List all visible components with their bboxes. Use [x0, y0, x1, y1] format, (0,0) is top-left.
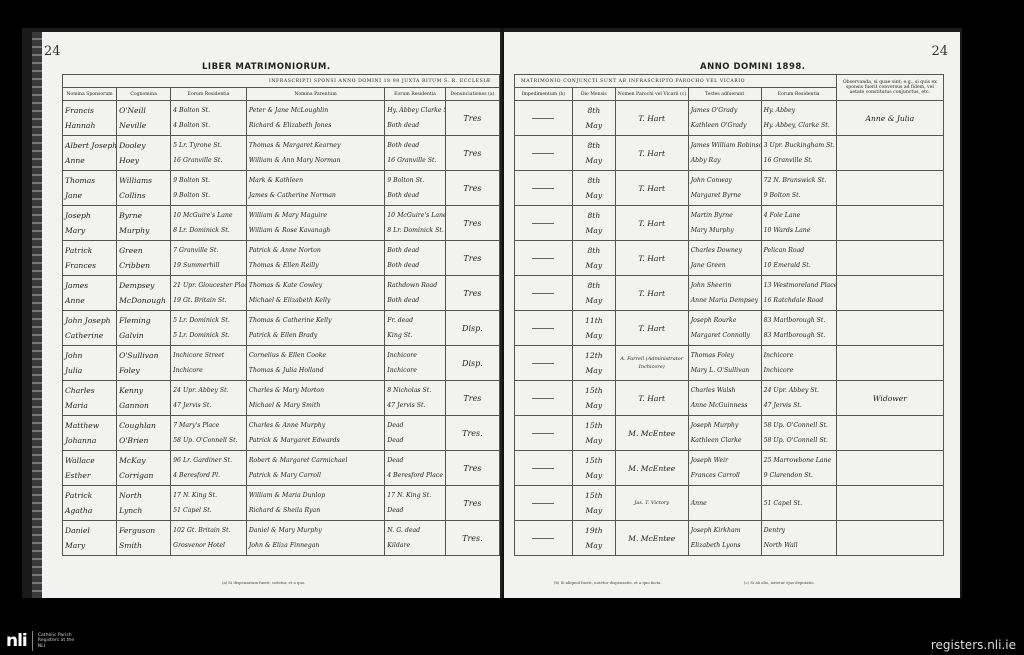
- handwritten-line: 15th: [575, 488, 613, 503]
- parents-residence-cell: Hy. Abbey Clarke St.Both dead: [385, 101, 446, 136]
- handwritten-line: Both dead: [387, 188, 443, 203]
- marriage-solemnization-table: MATRIMONIO CONJUNCTI SUNT AB INFRASCRIPT…: [514, 74, 944, 556]
- handwritten-line: Robert & Margaret Carmichael: [249, 453, 382, 468]
- handwritten-line: James O'Grady: [691, 103, 759, 118]
- witness-residence-cell: Hy. AbbeyHy. Abbey, Clarke St.: [761, 101, 836, 136]
- parents-residence-cell: Dead4 Beresford Place: [385, 451, 446, 486]
- residence-cell: 24 Upr. Abbey St.47 Jervis St.: [171, 381, 247, 416]
- handwritten-line: Inchicore: [764, 348, 834, 363]
- priest-cell: T. Hart: [615, 171, 688, 206]
- handwritten-line: Dentry: [764, 523, 834, 538]
- handwritten-line: 12th: [575, 348, 613, 363]
- handwritten-line: Hannah: [65, 118, 114, 133]
- handwritten-line: Anne: [65, 153, 114, 168]
- observations-cell: [836, 276, 943, 311]
- handwritten-line: Joseph Murphy: [691, 418, 759, 433]
- handwritten-line: Charles Walsh: [691, 383, 759, 398]
- witnesses-cell: Joseph RourkeMargaret Connolly: [688, 311, 761, 346]
- handwritten-line: William & Rose Kavanagh: [249, 223, 382, 238]
- handwritten-line: Peter & Jane McLoughlin: [249, 103, 382, 118]
- handwritten-line: 9 Bolton St.: [387, 173, 443, 188]
- handwritten-line: North Wall: [764, 538, 834, 553]
- handwritten-line: 5 Lr. Dominick St.: [173, 313, 244, 328]
- handwritten-line: Thomas: [65, 173, 114, 188]
- witnesses-cell: Martin ByrneMary Murphy: [688, 206, 761, 241]
- names-cell: FrancisHannah: [63, 101, 117, 136]
- handwritten-line: John Conway: [691, 173, 759, 188]
- names-cell: John JosephCatherine: [63, 311, 117, 346]
- handwritten-line: Anne Maria Dempsey: [691, 293, 759, 308]
- observations-header: Observanda, si quae sint; e.g., si quis …: [836, 75, 943, 101]
- observations-cell: [836, 206, 943, 241]
- handwritten-line: 47 Jervis St.: [764, 398, 834, 413]
- priest-cell: M. McEntee: [615, 521, 688, 556]
- dash-mark: [532, 503, 554, 504]
- handwritten-line: 25 Marrowbone Lane: [764, 453, 834, 468]
- handwritten-line: Patrick: [65, 488, 114, 503]
- handwritten-line: Collins: [119, 188, 168, 203]
- table-row: JosephMaryByrneMurphy10 McGuire's Lane8 …: [63, 206, 500, 241]
- parents-residence-cell: DeadDead: [385, 416, 446, 451]
- witness-residence-cell: 13 Westmoreland Place16 Ratchdale Road: [761, 276, 836, 311]
- handwritten-line: 10 McGuire's Lane: [173, 208, 244, 223]
- priest-name: T. Hart: [618, 286, 686, 301]
- handwritten-line: 13 Westmoreland Place: [764, 278, 834, 293]
- table-row: FrancisHannahO'NeillNeville4 Bolton St.4…: [63, 101, 500, 136]
- page-number: 24: [44, 44, 61, 59]
- impediment-cell: [515, 346, 573, 381]
- handwritten-line: 102 Gt. Britain St.: [173, 523, 244, 538]
- handwritten-line: 58 Up. O'Connell St.: [764, 433, 834, 448]
- handwritten-line: 5 Lr. Dominick St.: [173, 328, 244, 343]
- handwritten-line: Inchicore: [764, 363, 834, 378]
- names-cell: CharlesMaria: [63, 381, 117, 416]
- parents-cell: Patrick & Anne NortonThomas & Ellen Reil…: [246, 241, 384, 276]
- denunciations-cell: Tres.: [445, 521, 499, 556]
- column-header: Nomina Sponsorum: [63, 88, 117, 101]
- impediment-cell: [515, 311, 573, 346]
- handwritten-line: McDonough: [119, 293, 168, 308]
- table-row: 11thMayT. HartJoseph RourkeMargaret Conn…: [515, 311, 944, 346]
- dash-mark: [532, 538, 554, 539]
- handwritten-line: 58 Up. O'Connell St.: [173, 433, 244, 448]
- observations-cell: [836, 451, 943, 486]
- handwritten-line: 51 Capel St.: [173, 503, 244, 518]
- date-cell: 8thMay: [572, 136, 615, 171]
- witness-residence-cell: 58 Up. O'Connell St.58 Up. O'Connell St.: [761, 416, 836, 451]
- denunciations-cell: Tres.: [445, 416, 499, 451]
- handwritten-line: Michael & Mary Smith: [249, 398, 382, 413]
- witnesses-cell: John ConwayMargaret Byrne: [688, 171, 761, 206]
- handwritten-line: 10 Wards Lane: [764, 223, 834, 238]
- handwritten-line: Corrigan: [119, 468, 168, 483]
- handwritten-line: Mary Murphy: [691, 223, 759, 238]
- handwritten-line: N. G. dead: [387, 523, 443, 538]
- handwritten-line: 4 Bolton St.: [173, 103, 244, 118]
- dash-mark: [532, 468, 554, 469]
- handwritten-line: Galvin: [119, 328, 168, 343]
- denunciations-cell: Tres: [445, 276, 499, 311]
- handwritten-line: McKay: [119, 453, 168, 468]
- handwritten-line: O'Neill: [119, 103, 168, 118]
- handwritten-line: King St.: [387, 328, 443, 343]
- handwritten-line: Inchicore: [387, 348, 443, 363]
- table-row: 8thMayT. HartMartin ByrneMary Murphy4 Fo…: [515, 206, 944, 241]
- handwritten-line: Green: [119, 243, 168, 258]
- column-header: Cognomina: [117, 88, 171, 101]
- handwritten-line: 8th: [575, 278, 613, 293]
- impediment-cell: [515, 276, 573, 311]
- parents-cell: Thomas & Catherine KellyPatrick & Ellen …: [246, 311, 384, 346]
- parents-cell: Robert & Margaret CarmichaelPatrick & Ma…: [246, 451, 384, 486]
- impediment-cell: [515, 241, 573, 276]
- right-page: 24 ANNO DOMINI 1898. MATRIMONIO CONJUNCT…: [504, 32, 960, 598]
- denunciations-cell: Tres: [445, 136, 499, 171]
- handwritten-line: Frances Carroll: [691, 468, 759, 483]
- handwritten-line: Wallace: [65, 453, 114, 468]
- residence-cell: Inchicore StreetInchicore: [171, 346, 247, 381]
- table-row: 8thMayT. HartJames William RobinsonAbby …: [515, 136, 944, 171]
- handwritten-line: May: [575, 503, 613, 518]
- residence-cell: 96 Lr. Gardiner St.4 Beresford Pl.: [171, 451, 247, 486]
- table-row: Albert JosephAnneDooleyHoey5 Lr. Tyrone …: [63, 136, 500, 171]
- witnesses-cell: John SheerinAnne Maria Dempsey: [688, 276, 761, 311]
- date-cell: 19thMay: [572, 521, 615, 556]
- witnesses-cell: Joseph WeirFrances Carroll: [688, 451, 761, 486]
- handwritten-line: Abby Ray: [691, 153, 759, 168]
- names-cell: Albert JosephAnne: [63, 136, 117, 171]
- surnames-cell: DooleyHoey: [117, 136, 171, 171]
- priest-cell: T. Hart: [615, 381, 688, 416]
- impediment-cell: [515, 486, 573, 521]
- dash-mark: [532, 398, 554, 399]
- handwritten-line: William & Mary Maguire: [249, 208, 382, 223]
- handwritten-line: 10 McGuire's Lane: [387, 208, 443, 223]
- handwritten-line: May: [575, 188, 613, 203]
- handwritten-line: Joseph Rourke: [691, 313, 759, 328]
- date-cell: 15thMay: [572, 486, 615, 521]
- handwritten-line: Francis: [65, 103, 114, 118]
- observation-text: Widower: [839, 391, 941, 406]
- handwritten-line: Joseph: [65, 208, 114, 223]
- names-cell: ThomasJane: [63, 171, 117, 206]
- table-row: 15thMayM. McEnteeJoseph WeirFrances Carr…: [515, 451, 944, 486]
- handwritten-line: Jane Green: [691, 258, 759, 273]
- handwritten-line: Richard & Elizabeth Jones: [249, 118, 382, 133]
- handwritten-line: Dead: [387, 453, 443, 468]
- parents-cell: William & Mary MaguireWilliam & Rose Kav…: [246, 206, 384, 241]
- handwritten-line: John: [65, 348, 114, 363]
- handwritten-line: Both dead: [387, 258, 443, 273]
- handwritten-line: Michael & Elizabeth Kelly: [249, 293, 382, 308]
- priest-cell: T. Hart: [615, 311, 688, 346]
- observations-cell: [836, 416, 943, 451]
- handwritten-line: 9 Clarendon St.: [764, 468, 834, 483]
- handwritten-line: Albert Joseph: [65, 138, 114, 153]
- handwritten-line: 8th: [575, 103, 613, 118]
- denunciations-cell: Tres: [445, 451, 499, 486]
- dash-mark: [532, 363, 554, 364]
- surnames-cell: O'NeillNeville: [117, 101, 171, 136]
- left-page: 24 LIBER MATRIMONIORUM. INFRASCRIPTI SPO…: [32, 32, 502, 598]
- parents-cell: Peter & Jane McLoughlinRichard & Elizabe…: [246, 101, 384, 136]
- handwritten-line: Hy. Abbey: [764, 103, 834, 118]
- observations-cell: Widower: [836, 381, 943, 416]
- handwritten-line: 9 Bolton St.: [173, 173, 244, 188]
- handwritten-line: Thomas Foley: [691, 348, 759, 363]
- dash-mark: [532, 433, 554, 434]
- handwritten-line: Both dead: [387, 118, 443, 133]
- residence-cell: 7 Granville St.19 Summerhill: [171, 241, 247, 276]
- handwritten-line: Patrick & Anne Norton: [249, 243, 382, 258]
- residence-cell: 4 Bolton St.4 Bolton St.: [171, 101, 247, 136]
- handwritten-line: Fr. dead: [387, 313, 443, 328]
- observations-cell: [836, 311, 943, 346]
- table-row: PatrickFrancesGreenCribben7 Granville St…: [63, 241, 500, 276]
- handwritten-line: James & Catherine Norman: [249, 188, 382, 203]
- handwritten-line: 8th: [575, 243, 613, 258]
- parents-cell: Mark & KathleenJames & Catherine Norman: [246, 171, 384, 206]
- handwritten-line: Agatha: [65, 503, 114, 518]
- dash-mark: [532, 188, 554, 189]
- handwritten-line: Mary: [65, 538, 114, 553]
- handwritten-line: Kathleen Clarke: [691, 433, 759, 448]
- witnesses-cell: James William RobinsonAbby Ray: [688, 136, 761, 171]
- table-row: CharlesMariaKennyGannon24 Upr. Abbey St.…: [63, 381, 500, 416]
- handwritten-line: Johanna: [65, 433, 114, 448]
- priest-name: M. McEntee: [618, 461, 686, 476]
- column-header: Die Mensis: [572, 88, 615, 101]
- handwritten-line: 17 N. King St.: [173, 488, 244, 503]
- handwritten-line: Frances: [65, 258, 114, 273]
- parents-residence-cell: Rathdown RoadBoth dead: [385, 276, 446, 311]
- handwritten-line: 19th: [575, 523, 613, 538]
- footnote-b: (b) Si aliquod fuerit, notetur dispensat…: [554, 580, 662, 585]
- witness-residence-cell: 24 Upr. Abbey St.47 Jervis St.: [761, 381, 836, 416]
- table-row: John JosephCatherineFlemingGalvin5 Lr. D…: [63, 311, 500, 346]
- handwritten-line: Inchicore: [387, 363, 443, 378]
- site-link[interactable]: registers.nli.ie: [931, 638, 1016, 652]
- handwritten-line: Neville: [119, 118, 168, 133]
- dash-mark: [532, 153, 554, 154]
- residence-cell: 102 Gt. Britain St.Grosvenor Hotel: [171, 521, 247, 556]
- names-cell: PatrickAgatha: [63, 486, 117, 521]
- handwritten-line: Williams: [119, 173, 168, 188]
- handwritten-line: Kildare: [387, 538, 443, 553]
- handwritten-line: 16 Granville St.: [173, 153, 244, 168]
- names-cell: MatthewJohanna: [63, 416, 117, 451]
- priest-name: T. Hart: [618, 321, 686, 336]
- priest-name: M. McEntee: [618, 426, 686, 441]
- handwritten-line: May: [575, 293, 613, 308]
- observations-cell: [836, 136, 943, 171]
- table-row: 8thMayT. HartCharles DowneyJane GreenPel…: [515, 241, 944, 276]
- surnames-cell: NorthLynch: [117, 486, 171, 521]
- nli-logo[interactable]: nli Catholic Parish Registers at the NLI: [6, 631, 82, 651]
- priest-cell: Jas. T. Victory: [615, 486, 688, 521]
- residence-cell: 7 Mary's Place58 Up. O'Connell St.: [171, 416, 247, 451]
- handwritten-line: 72 N. Brunswick St.: [764, 173, 834, 188]
- handwritten-line: John & Eliza Finnegan: [249, 538, 382, 553]
- surnames-cell: McKayCorrigan: [117, 451, 171, 486]
- priest-cell: T. Hart: [615, 276, 688, 311]
- witnesses-cell: James O'GradyKathleen O'Grady: [688, 101, 761, 136]
- impediment-cell: [515, 136, 573, 171]
- handwritten-line: William & Maria Dunlop: [249, 488, 382, 503]
- handwritten-line: 16 Granville St.: [764, 153, 834, 168]
- page-number: 24: [931, 44, 948, 59]
- parents-cell: Daniel & Mary MurphyJohn & Eliza Finnega…: [246, 521, 384, 556]
- names-cell: JohnJulia: [63, 346, 117, 381]
- handwritten-line: May: [575, 118, 613, 133]
- parents-residence-cell: Fr. deadKing St.: [385, 311, 446, 346]
- handwritten-line: 83 Marlborough St.: [764, 313, 834, 328]
- table-banner: MATRIMONIO CONJUNCTI SUNT AB INFRASCRIPT…: [515, 75, 837, 88]
- table-row: 15thMayM. McEnteeJoseph MurphyKathleen C…: [515, 416, 944, 451]
- handwritten-line: 19 Summerhill: [173, 258, 244, 273]
- parents-residence-cell: Both dead16 Granville St.: [385, 136, 446, 171]
- handwritten-line: May: [575, 363, 613, 378]
- handwritten-line: Patrick: [65, 243, 114, 258]
- marriage-register-table: INFRASCRIPTI SPONSI ANNO DOMINI 18 98 JU…: [62, 74, 500, 556]
- handwritten-line: 5 Lr. Tyrone St.: [173, 138, 244, 153]
- handwritten-line: Matthew: [65, 418, 114, 433]
- handwritten-line: Julia: [65, 363, 114, 378]
- parents-cell: Thomas & Margaret KearneyWilliam & Ann M…: [246, 136, 384, 171]
- priest-cell: T. Hart: [615, 101, 688, 136]
- handwritten-line: Dooley: [119, 138, 168, 153]
- priest-cell: T. Hart: [615, 241, 688, 276]
- handwritten-line: Patrick & Mary Carroll: [249, 468, 382, 483]
- handwritten-line: 4 Bolton St.: [173, 118, 244, 133]
- handwritten-line: Mary: [65, 223, 114, 238]
- handwritten-line: Anne McGuinness: [691, 398, 759, 413]
- handwritten-line: 10 Emerald St.: [764, 258, 834, 273]
- handwritten-line: Pelican Road: [764, 243, 834, 258]
- priest-cell: M. McEntee: [615, 451, 688, 486]
- handwritten-line: Hoey: [119, 153, 168, 168]
- parents-residence-cell: 10 McGuire's Lane8 Lr. Dominick St.: [385, 206, 446, 241]
- handwritten-line: May: [575, 258, 613, 273]
- column-header: Nomen Parochi vel Vicarii (c): [615, 88, 688, 101]
- handwritten-line: Thomas & Margaret Kearney: [249, 138, 382, 153]
- observations-cell: [836, 521, 943, 556]
- witness-residence-cell: 51 Capel St.: [761, 486, 836, 521]
- surnames-cell: FergusonSmith: [117, 521, 171, 556]
- handwritten-line: Lynch: [119, 503, 168, 518]
- date-cell: 8thMay: [572, 276, 615, 311]
- table-row: 8thMayT. HartJohn SheerinAnne Maria Demp…: [515, 276, 944, 311]
- binding-edge: [32, 32, 42, 598]
- witness-residence-cell: 83 Marlborough St.83 Marlborough St.: [761, 311, 836, 346]
- handwritten-line: 51 Capel St.: [764, 496, 834, 511]
- handwritten-line: James: [65, 278, 114, 293]
- handwritten-line: 96 Lr. Gardiner St.: [173, 453, 244, 468]
- names-cell: DanielMary: [63, 521, 117, 556]
- priest-name: T. Hart: [618, 216, 686, 231]
- handwritten-line: 9 Bolton St.: [764, 188, 834, 203]
- handwritten-line: May: [575, 223, 613, 238]
- names-cell: WallaceEsther: [63, 451, 117, 486]
- table-row: MatthewJohannaCoughlanO'Brien7 Mary's Pl…: [63, 416, 500, 451]
- handwritten-line: Coughlan: [119, 418, 168, 433]
- priest-cell: M. McEntee: [615, 416, 688, 451]
- priest-cell: T. Hart: [615, 136, 688, 171]
- handwritten-line: 4 Fole Lane: [764, 208, 834, 223]
- witnesses-cell: Anne: [688, 486, 761, 521]
- date-cell: 8thMay: [572, 101, 615, 136]
- handwritten-line: Jane: [65, 188, 114, 203]
- parents-residence-cell: 8 Nicholas St.47 Jervis St.: [385, 381, 446, 416]
- witness-residence-cell: InchicoreInchicore: [761, 346, 836, 381]
- table-row: JamesAnneDempseyMcDonough21 Upr. Glouces…: [63, 276, 500, 311]
- witnesses-cell: Joseph MurphyKathleen Clarke: [688, 416, 761, 451]
- table-banner: INFRASCRIPTI SPONSI ANNO DOMINI 18 98 JU…: [63, 75, 500, 88]
- column-header: Eorum Residentia: [761, 88, 836, 101]
- page-title: LIBER MATRIMONIORUM.: [202, 62, 331, 72]
- handwritten-line: Thomas & Julia Holland: [249, 363, 382, 378]
- handwritten-line: May: [575, 153, 613, 168]
- handwritten-line: Patrick & Margaret Edwards: [249, 433, 382, 448]
- column-header: Impedimentum (b): [515, 88, 573, 101]
- handwritten-line: Maria: [65, 398, 114, 413]
- handwritten-line: 15th: [575, 453, 613, 468]
- witnesses-cell: Charles WalshAnne McGuinness: [688, 381, 761, 416]
- handwritten-line: Thomas & Kate Cowley: [249, 278, 382, 293]
- handwritten-line: 8th: [575, 138, 613, 153]
- handwritten-line: Thomas & Catherine Kelly: [249, 313, 382, 328]
- column-header: Denunciationes (a): [445, 88, 499, 101]
- priest-name: Jas. T. Victory: [618, 499, 686, 507]
- handwritten-line: 15th: [575, 418, 613, 433]
- parents-residence-cell: N. G. deadKildare: [385, 521, 446, 556]
- witness-residence-cell: 72 N. Brunswick St.9 Bolton St.: [761, 171, 836, 206]
- date-cell: 11thMay: [572, 311, 615, 346]
- parents-cell: Thomas & Kate CowleyMichael & Elizabeth …: [246, 276, 384, 311]
- handwritten-line: Hy. Abbey Clarke St.: [387, 103, 443, 118]
- impediment-cell: [515, 171, 573, 206]
- handwritten-line: Both dead: [387, 243, 443, 258]
- priest-name: T. Hart: [618, 251, 686, 266]
- observation-text: Anne & Julia: [839, 111, 941, 126]
- table-row: ThomasJaneWilliamsCollins9 Bolton St.9 B…: [63, 171, 500, 206]
- handwritten-line: 8th: [575, 208, 613, 223]
- handwritten-line: John Sheerin: [691, 278, 759, 293]
- handwritten-line: 9 Bolton St.: [173, 188, 244, 203]
- handwritten-line: Charles: [65, 383, 114, 398]
- impediment-cell: [515, 416, 573, 451]
- table-row: 12thMayA. Farrell (Administrator Inchico…: [515, 346, 944, 381]
- observations-cell: [836, 346, 943, 381]
- table-row: JohnJuliaO'SullivanFoleyInchicore Street…: [63, 346, 500, 381]
- handwritten-line: 16 Granville St.: [387, 153, 443, 168]
- handwritten-line: Cribben: [119, 258, 168, 273]
- handwritten-line: Catherine: [65, 328, 114, 343]
- witnesses-cell: Charles DowneyJane Green: [688, 241, 761, 276]
- handwritten-line: 19 Gt. Britain St.: [173, 293, 244, 308]
- priest-name: A. Farrell (Administrator Inchicore): [618, 355, 686, 371]
- handwritten-line: Both dead: [387, 138, 443, 153]
- surnames-cell: ByrneMurphy: [117, 206, 171, 241]
- handwritten-line: 17 N. King St.: [387, 488, 443, 503]
- surnames-cell: KennyGannon: [117, 381, 171, 416]
- handwritten-line: 47 Jervis St.: [387, 398, 443, 413]
- handwritten-line: 47 Jervis St.: [173, 398, 244, 413]
- handwritten-line: 8 Nicholas St.: [387, 383, 443, 398]
- dash-mark: [532, 223, 554, 224]
- handwritten-line: Smith: [119, 538, 168, 553]
- column-header: Eorum Residentia: [385, 88, 446, 101]
